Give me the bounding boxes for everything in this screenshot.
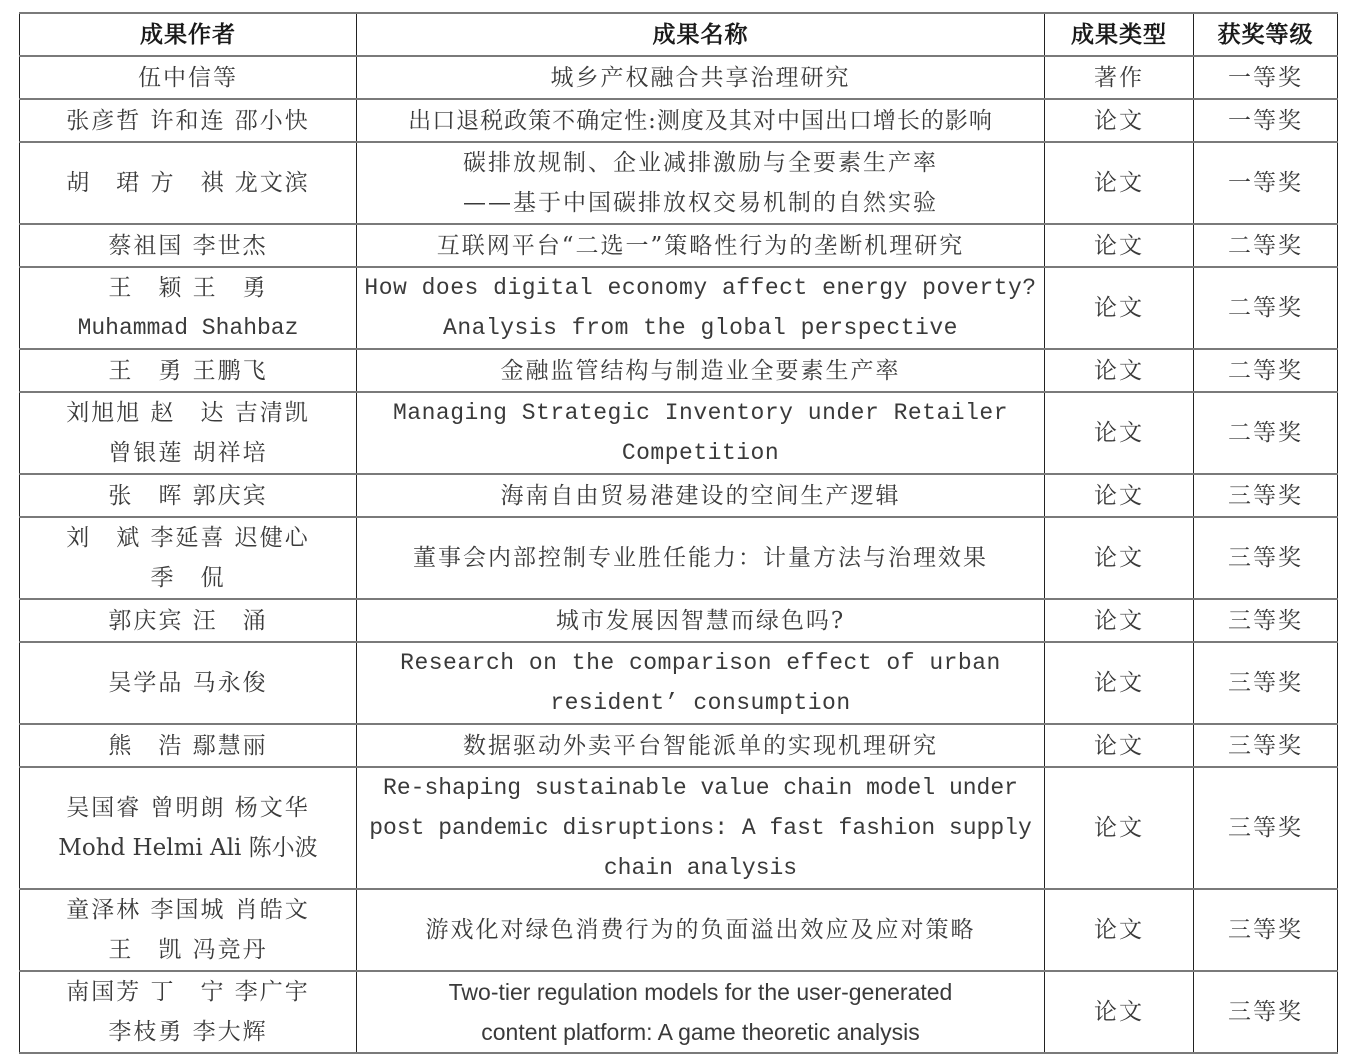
table-row: 张 晖 郭庆宾 海南自由贸易港建设的空间生产逻辑 论文 三等奖: [20, 474, 1338, 517]
table-row: 南国芳 丁 宁 李广宇 李枝勇 李大辉 Two-tier regulation …: [20, 971, 1338, 1053]
cell-award: 二等奖: [1194, 392, 1338, 474]
table-row: 刘 斌 李延喜 迟健心 季 侃 董事会内部控制专业胜任能力：计量方法与治理效果 …: [20, 517, 1338, 599]
cell-award: 一等奖: [1194, 56, 1338, 99]
cell-title: Managing Strategic Inventory under Retai…: [357, 392, 1045, 474]
cell-authors: 童泽林 李国城 肖皓文 王 凯 冯竞丹: [20, 889, 357, 971]
cell-authors: 刘 斌 李延喜 迟健心 季 侃: [20, 517, 357, 599]
table-row: 郭庆宾 汪 涌 城市发展因智慧而绿色吗? 论文 三等奖: [20, 599, 1338, 642]
cell-authors: 王 颖 王 勇 Muhammad Shahbaz: [20, 267, 357, 349]
cell-authors: 刘旭旭 赵 达 吉清凯 曾银莲 胡祥培: [20, 392, 357, 474]
cell-type: 论文: [1045, 642, 1194, 724]
table-row: 伍中信等 城乡产权融合共享治理研究 著作 一等奖: [20, 56, 1338, 99]
cell-type: 论文: [1045, 224, 1194, 267]
cell-award: 二等奖: [1194, 224, 1338, 267]
cell-title: 数据驱动外卖平台智能派单的实现机理研究: [357, 724, 1045, 767]
cell-title: 城市发展因智慧而绿色吗?: [357, 599, 1045, 642]
cell-type: 论文: [1045, 517, 1194, 599]
cell-award: 一等奖: [1194, 99, 1338, 142]
cell-title: Re-shaping sustainable value chain model…: [357, 767, 1045, 889]
cell-title: 游戏化对绿色消费行为的负面溢出效应及应对策略: [357, 889, 1045, 971]
cell-type: 论文: [1045, 349, 1194, 392]
cell-award: 三等奖: [1194, 889, 1338, 971]
cell-authors: 南国芳 丁 宁 李广宇 李枝勇 李大辉: [20, 971, 357, 1053]
cell-title: 金融监管结构与制造业全要素生产率: [357, 349, 1045, 392]
cell-title: 互联网平台“二选一”策略性行为的垄断机理研究: [357, 224, 1045, 267]
table-row: 童泽林 李国城 肖皓文 王 凯 冯竞丹 游戏化对绿色消费行为的负面溢出效应及应对…: [20, 889, 1338, 971]
cell-type: 论文: [1045, 724, 1194, 767]
cell-authors: 王 勇 王鹏飞: [20, 349, 357, 392]
cell-type: 论文: [1045, 267, 1194, 349]
cell-authors: 蔡祖国 李世杰: [20, 224, 357, 267]
cell-award: 三等奖: [1194, 474, 1338, 517]
cell-authors: 张 晖 郭庆宾: [20, 474, 357, 517]
cell-award: 三等奖: [1194, 767, 1338, 889]
cell-type: 论文: [1045, 99, 1194, 142]
cell-type: 论文: [1045, 889, 1194, 971]
table-header-row: 成果作者 成果名称 成果类型 获奖等级: [20, 13, 1338, 56]
cell-award: 三等奖: [1194, 599, 1338, 642]
awards-table-container: 成果作者 成果名称 成果类型 获奖等级 伍中信等 城乡产权融合共享治理研究 著作…: [19, 12, 1337, 1054]
cell-type: 论文: [1045, 971, 1194, 1053]
cell-type: 论文: [1045, 474, 1194, 517]
table-row: 胡 珺 方 祺 龙文滨 碳排放规制、企业减排激励与全要素生产率 ——基于中国碳排…: [20, 142, 1338, 224]
cell-title: Research on the comparison effect of urb…: [357, 642, 1045, 724]
cell-award: 三等奖: [1194, 517, 1338, 599]
table-row: 王 颖 王 勇 Muhammad Shahbaz How does digita…: [20, 267, 1338, 349]
cell-award: 三等奖: [1194, 724, 1338, 767]
table-row: 熊 浩 鄢慧丽 数据驱动外卖平台智能派单的实现机理研究 论文 三等奖: [20, 724, 1338, 767]
cell-title: 董事会内部控制专业胜任能力：计量方法与治理效果: [357, 517, 1045, 599]
table-row: 蔡祖国 李世杰 互联网平台“二选一”策略性行为的垄断机理研究 论文 二等奖: [20, 224, 1338, 267]
cell-award: 三等奖: [1194, 971, 1338, 1053]
cell-authors: 胡 珺 方 祺 龙文滨: [20, 142, 357, 224]
cell-type: 论文: [1045, 142, 1194, 224]
cell-title: Two-tier regulation models for the user-…: [357, 971, 1045, 1053]
cell-authors: 郭庆宾 汪 涌: [20, 599, 357, 642]
cell-authors: 熊 浩 鄢慧丽: [20, 724, 357, 767]
cell-title: 碳排放规制、企业减排激励与全要素生产率 ——基于中国碳排放权交易机制的自然实验: [357, 142, 1045, 224]
cell-title: 海南自由贸易港建设的空间生产逻辑: [357, 474, 1045, 517]
cell-title: 城乡产权融合共享治理研究: [357, 56, 1045, 99]
cell-title: 出口退税政策不确定性:测度及其对中国出口增长的影响: [357, 99, 1045, 142]
cell-authors: 张彦哲 许和连 邵小快: [20, 99, 357, 142]
header-title: 成果名称: [357, 13, 1045, 56]
table-row: 吴国睿 曾明朗 杨文华 Mohd Helmi Ali 陈小波 Re-shapin…: [20, 767, 1338, 889]
cell-award: 二等奖: [1194, 267, 1338, 349]
header-authors: 成果作者: [20, 13, 357, 56]
cell-award: 三等奖: [1194, 642, 1338, 724]
cell-authors: 伍中信等: [20, 56, 357, 99]
cell-type: 著作: [1045, 56, 1194, 99]
awards-table: 成果作者 成果名称 成果类型 获奖等级 伍中信等 城乡产权融合共享治理研究 著作…: [19, 12, 1338, 1054]
cell-authors: 吴学品 马永俊: [20, 642, 357, 724]
cell-title: How does digital economy affect energy p…: [357, 267, 1045, 349]
cell-award: 一等奖: [1194, 142, 1338, 224]
cell-type: 论文: [1045, 599, 1194, 642]
cell-type: 论文: [1045, 392, 1194, 474]
table-row: 吴学品 马永俊 Research on the comparison effec…: [20, 642, 1338, 724]
table-row: 刘旭旭 赵 达 吉清凯 曾银莲 胡祥培 Managing Strategic I…: [20, 392, 1338, 474]
table-row: 张彦哲 许和连 邵小快 出口退税政策不确定性:测度及其对中国出口增长的影响 论文…: [20, 99, 1338, 142]
cell-type: 论文: [1045, 767, 1194, 889]
header-type: 成果类型: [1045, 13, 1194, 56]
cell-authors: 吴国睿 曾明朗 杨文华 Mohd Helmi Ali 陈小波: [20, 767, 357, 889]
table-row: 王 勇 王鹏飞 金融监管结构与制造业全要素生产率 论文 二等奖: [20, 349, 1338, 392]
cell-award: 二等奖: [1194, 349, 1338, 392]
header-award: 获奖等级: [1194, 13, 1338, 56]
